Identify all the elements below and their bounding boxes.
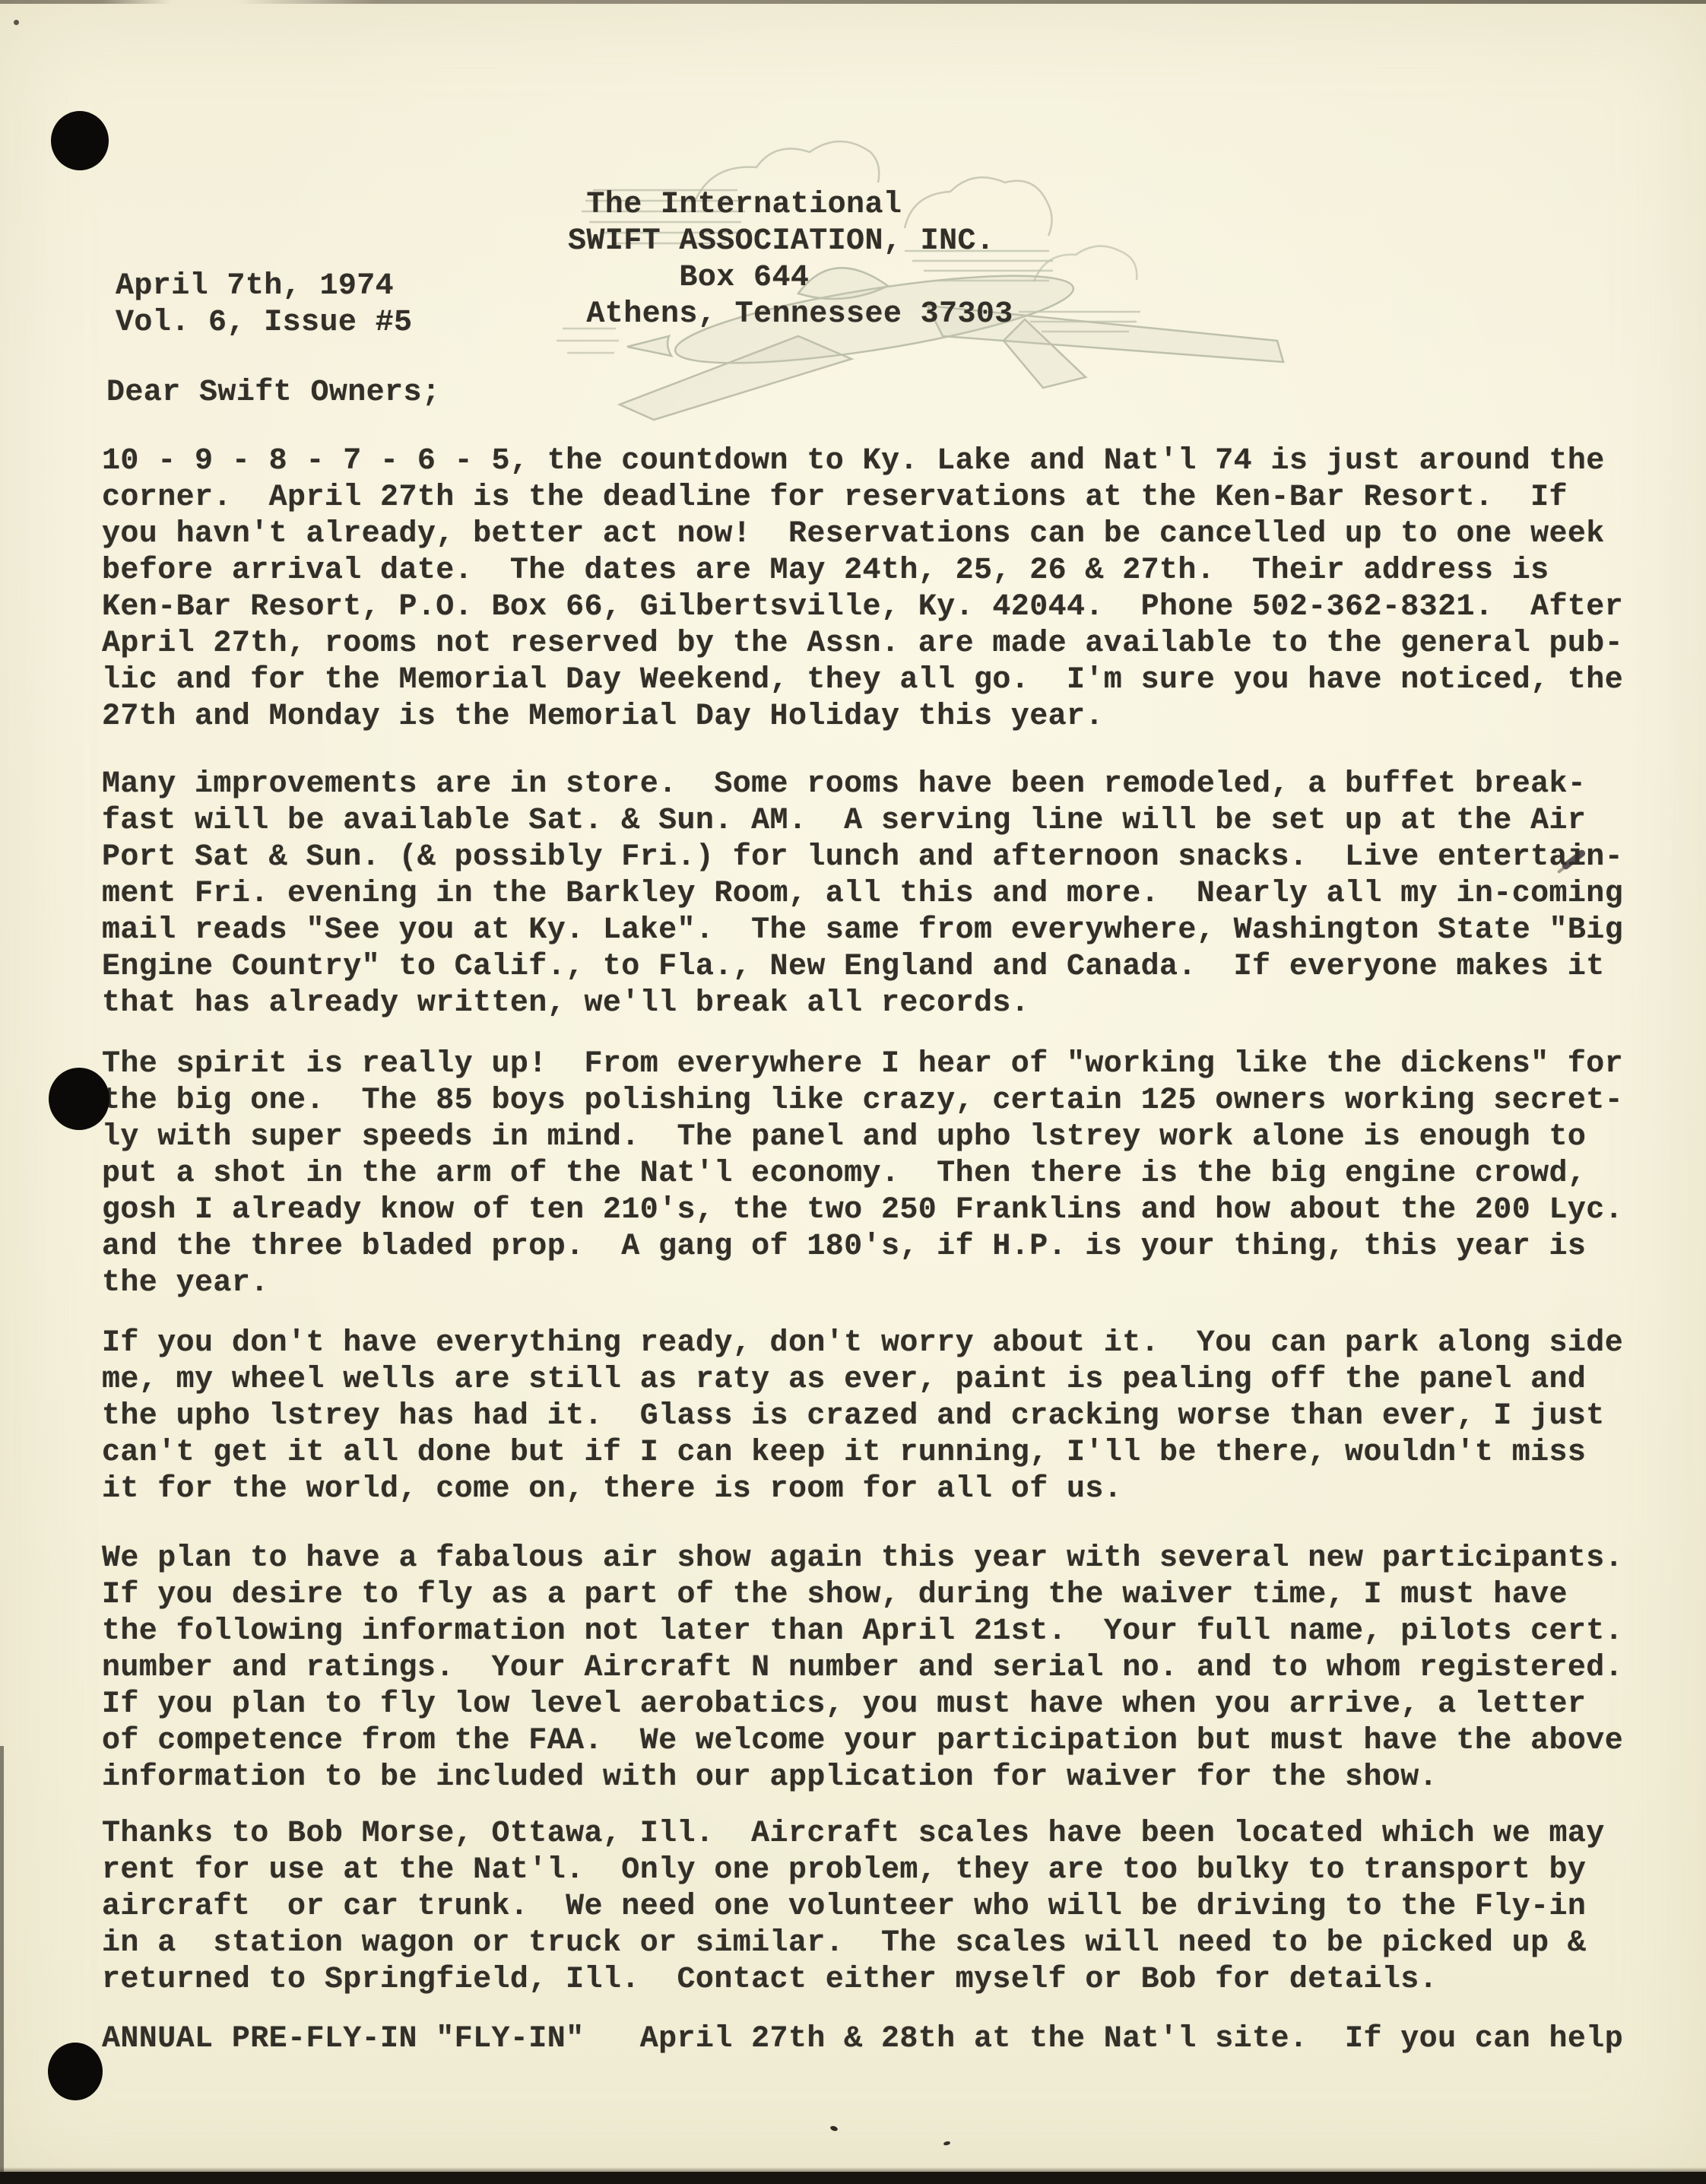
scan-edge-bottom: [0, 2172, 1706, 2184]
body-paragraph: ANNUAL PRE-FLY-IN "FLY-IN" April 27th & …: [102, 2021, 1623, 2058]
date-issue-block: April 7th, 1974 Vol. 6, Issue #5: [116, 268, 412, 341]
punch-hole-middle: [49, 1068, 109, 1130]
body-paragraph: We plan to have a fabalous air show agai…: [102, 1541, 1623, 1796]
newsletter-page: The International SWIFT ASSOCIATION, INC…: [0, 0, 1706, 2184]
scan-speck: [14, 20, 19, 25]
scan-edge-left: [0, 1746, 4, 2172]
punch-hole-bottom: [48, 2043, 103, 2100]
scan-speck: [943, 2141, 951, 2146]
salutation: Dear Swift Owners;: [106, 375, 440, 411]
body-paragraph: If you don't have everything ready, don'…: [102, 1325, 1623, 1508]
body-paragraph: 10 - 9 - 8 - 7 - 6 - 5, the countdown to…: [102, 443, 1623, 735]
scan-speck: [829, 2125, 838, 2132]
punch-hole-top: [51, 111, 109, 170]
body-paragraph: Many improvements are in store. Some roo…: [102, 767, 1623, 1022]
letterhead: The International SWIFT ASSOCIATION, INC…: [568, 187, 1013, 333]
scan-edge-top: [0, 0, 1706, 4]
body-paragraph: Thanks to Bob Morse, Ottawa, Ill. Aircra…: [102, 1816, 1605, 1998]
body-paragraph: The spirit is really up! From everywhere…: [102, 1046, 1623, 1302]
